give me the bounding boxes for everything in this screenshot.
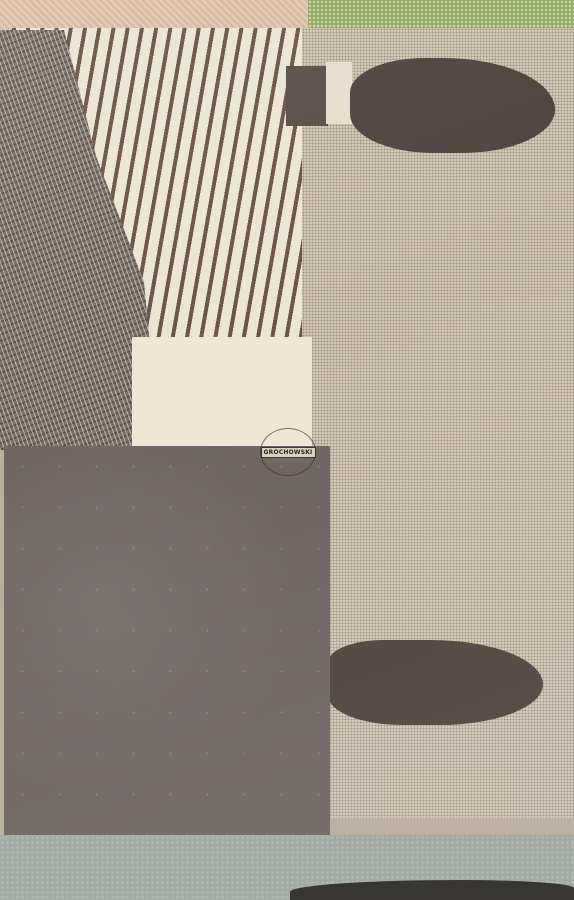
- dark-scratched-panel: [4, 446, 330, 842]
- green-pattern-strip: [308, 0, 574, 30]
- wristwatch: [326, 62, 352, 124]
- dark-bottom-shape: [290, 880, 574, 900]
- shop-stamp: GROCHOWSKI: [260, 428, 316, 476]
- collage-photo: GROCHOWSKI: [0, 0, 574, 900]
- shirt-cuff: [286, 66, 328, 126]
- stamp-text: GROCHOWSKI: [261, 447, 316, 458]
- lower-hand-image: [328, 640, 543, 725]
